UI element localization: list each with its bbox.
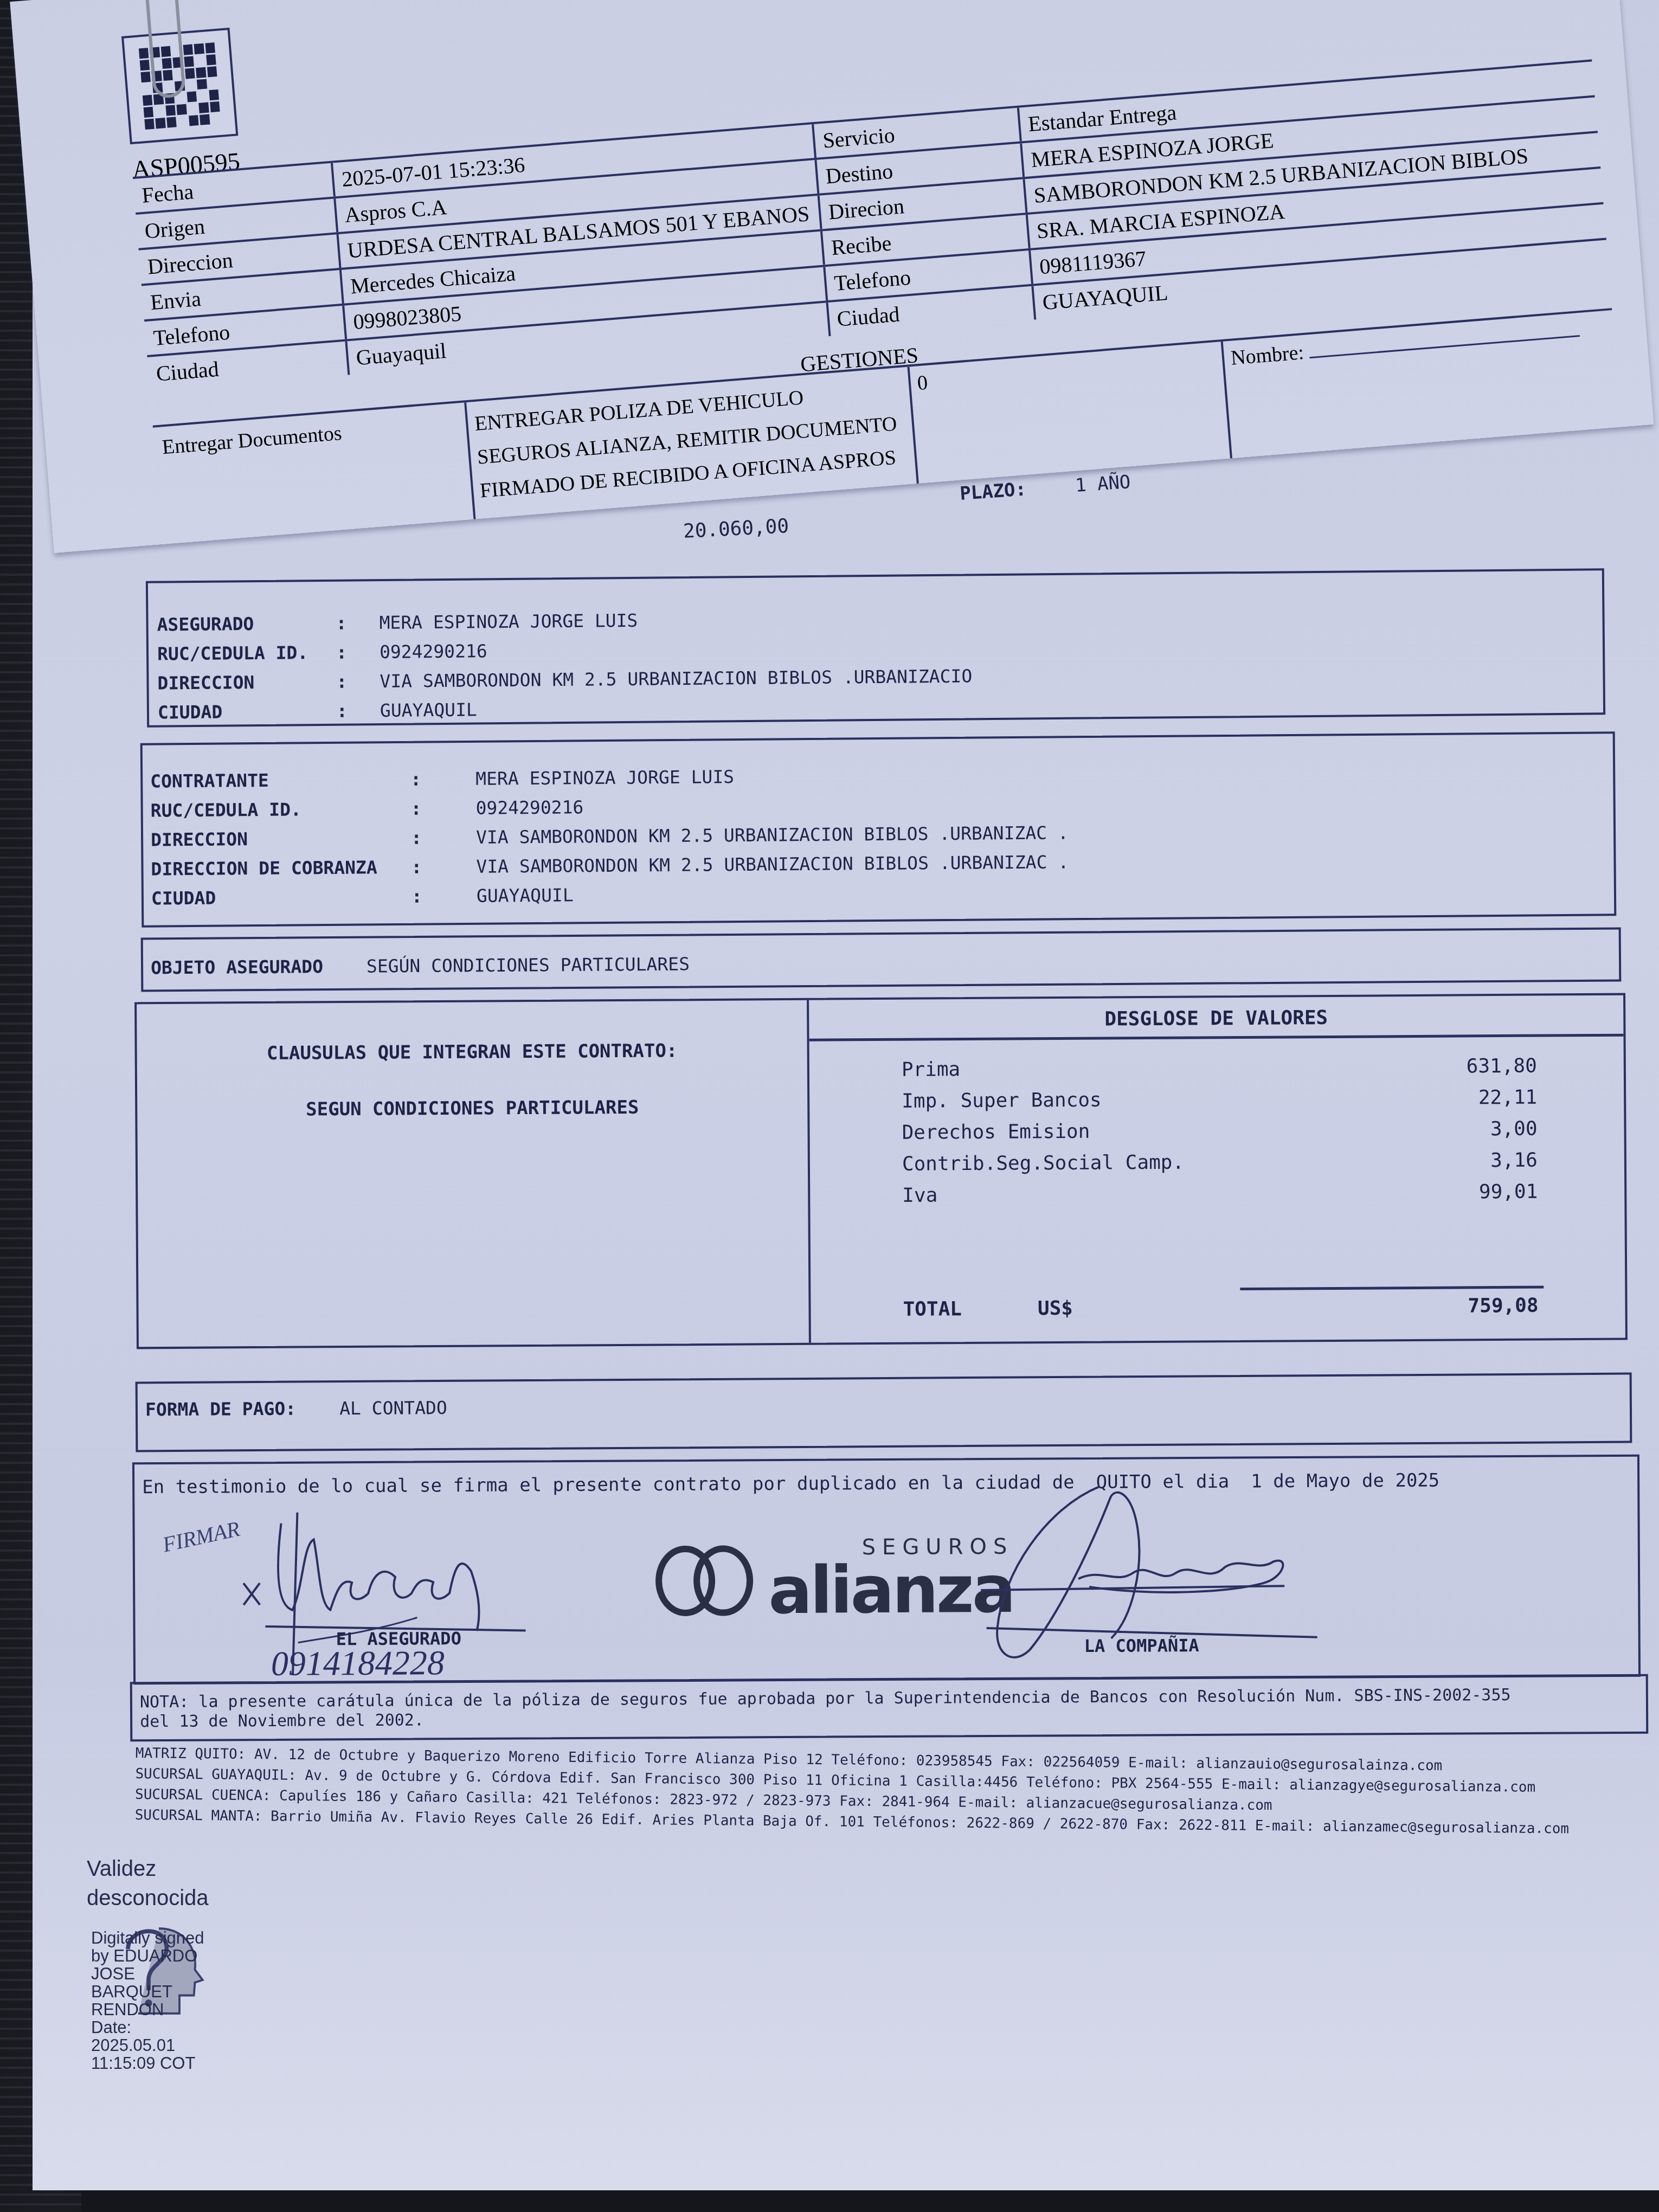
item-name: Imp. Super Bancos	[902, 1086, 1478, 1112]
desglose-row: Imp. Super Bancos22,11	[809, 1081, 1624, 1117]
validity-label: Validez	[87, 1854, 232, 1883]
insured-signature-icon: 0914184228	[221, 1500, 613, 1681]
item-value: 3,00	[1490, 1117, 1538, 1140]
digital-signature-details: Digitally signed by EDUARDO JOSE BARQUET…	[91, 1929, 232, 2072]
dsig-line: 2025.05.01	[91, 2036, 232, 2054]
desglose-title: DESGLOSE DE VALORES	[809, 995, 1623, 1041]
plazo-label: PLAZO:	[959, 478, 1027, 504]
insured-amount-peek: 20.060,00	[683, 515, 789, 543]
total-value: 759,08	[1468, 1295, 1538, 1317]
clausulas-desglose-section: CLAUSULAS QUE INTEGRAN ESTE CONTRATO: SE…	[134, 993, 1628, 1349]
objeto-value: SEGÚN CONDICIONES PARTICULARES	[366, 953, 690, 976]
field-label: RUC/CEDULA ID.	[150, 794, 410, 826]
nota-section: NOTA: la presente carátula única de la p…	[130, 1674, 1649, 1742]
field-label: RUC/CEDULA ID.	[157, 638, 336, 669]
desglose-panel: DESGLOSE DE VALORES Prima631,80 Imp. Sup…	[809, 995, 1625, 1343]
nombre-label: Nombre:	[1230, 341, 1304, 370]
item-name: Contrib.Seg.Social Camp.	[902, 1149, 1491, 1175]
field-value: 0924290216	[475, 793, 583, 823]
logo-alianza-text: alianza	[768, 1558, 1014, 1624]
item-name: Iva	[902, 1181, 1479, 1206]
validity-label: desconocida	[87, 1883, 232, 1913]
desglose-row: Contrib.Seg.Social Camp.3,16	[810, 1144, 1624, 1180]
field-label: ASEGURADO	[157, 609, 336, 640]
desglose-row: Derechos Emision3,00	[809, 1113, 1624, 1149]
asegurado-section: ASEGURADO:MERA ESPINOZA JORGE LUIS RUC/C…	[146, 568, 1605, 727]
field-label: CIUDAD	[158, 697, 337, 728]
field-value: GUAYAQUIL	[380, 695, 477, 725]
field-value: GUAYAQUIL	[477, 880, 574, 910]
item-value: 3,16	[1490, 1149, 1538, 1172]
objeto-asegurado-section: OBJETO ASEGURADOSEGÚN CONDICIONES PARTIC…	[141, 927, 1622, 992]
logo-rings-icon	[655, 1545, 764, 1616]
testimonio-sentence: En testimonio de lo cual se firma el pre…	[142, 1471, 1075, 1498]
clausulas-value: SEGUN CONDICIONES PARTICULARES	[137, 1096, 807, 1122]
firma-section: En testimonio de lo cual se firma el pre…	[132, 1455, 1641, 1685]
pago-value: AL CONTADO	[339, 1397, 447, 1419]
company-signature-label: LA COMPAÑIA	[1084, 1635, 1199, 1656]
currency-label: US$	[1038, 1295, 1468, 1320]
desglose-row: Iva99,01	[810, 1175, 1624, 1212]
item-value: 99,01	[1479, 1180, 1538, 1203]
field-label: CONTRATANTE	[150, 765, 410, 796]
dsig-line: 11:15:09 COT	[91, 2054, 232, 2072]
field-label: CIUDAD	[151, 882, 411, 914]
total-row: TOTAL US$ 759,08	[903, 1295, 1538, 1321]
field-value: 0924290216	[380, 636, 487, 667]
branch-addresses: MATRIZ QUITO: AV. 12 de Octubre y Baquer…	[135, 1743, 1654, 1840]
testimonio-text: En testimonio de lo cual se firma el pre…	[142, 1469, 1630, 1498]
field-label: DIRECCION	[151, 824, 411, 855]
dsig-line: RENDON	[91, 2001, 232, 2018]
field-value: VIA SAMBORONDON KM 2.5 URBANIZACION BIBL…	[476, 818, 1069, 852]
clausulas-panel: CLAUSULAS QUE INTEGRAN ESTE CONTRATO: SE…	[137, 1000, 811, 1347]
seguros-alianza-logo: SEGUROS alianza	[655, 1536, 1014, 1624]
field-label: DIRECCION	[157, 667, 336, 698]
item-name: Derechos Emision	[902, 1118, 1490, 1144]
dsig-line: by EDUARDO	[91, 1947, 232, 1965]
insured-signature-label: EL ASEGURADO	[336, 1628, 461, 1649]
slip-phone-header: Telf: 022434588 - www.	[551, 0, 829, 7]
dsig-line: Date:	[91, 2018, 232, 2036]
photo-stage: ASEGURADO:MERA ESPINOZA JORGE LUIS RUC/C…	[0, 0, 1659, 2212]
item-value: 631,80	[1467, 1054, 1537, 1077]
field-value: MERA ESPINOZA JORGE LUIS	[475, 762, 734, 794]
digital-signature-block: Validez desconocida Digitally signed by …	[87, 1854, 232, 2072]
pago-label: FORMA DE PAGO:	[145, 1398, 296, 1420]
desglose-row: Prima631,80	[809, 1050, 1624, 1086]
field-label: DIRECCION DE COBRANZA	[151, 853, 411, 884]
item-name: Prima	[902, 1055, 1467, 1081]
forma-pago-section: FORMA DE PAGO:AL CONTADO	[136, 1373, 1632, 1452]
total-label: TOTAL	[903, 1298, 962, 1321]
objeto-label: OBJETO ASEGURADO	[151, 956, 323, 978]
dsig-line: JOSE	[91, 1965, 232, 1983]
field-value: VIA SAMBORONDON KM 2.5 URBANIZACION BIBL…	[476, 847, 1069, 882]
dsig-line: BARQUET	[91, 1983, 232, 2001]
contratante-section: CONTRATANTE:MERA ESPINOZA JORGE LUIS RUC…	[140, 731, 1617, 927]
item-value: 22,11	[1478, 1086, 1538, 1109]
field-value: VIA SAMBORONDON KM 2.5 URBANIZACION BIBL…	[380, 661, 972, 696]
plazo-value: 1 AÑO	[1075, 471, 1131, 497]
clausulas-title: CLAUSULAS QUE INTEGRAN ESTE CONTRATO:	[137, 1039, 807, 1065]
total-rule	[1240, 1286, 1544, 1290]
field-value: MERA ESPINOZA JORGE LUIS	[379, 606, 638, 638]
dsig-line: Digitally signed	[91, 1929, 232, 1947]
